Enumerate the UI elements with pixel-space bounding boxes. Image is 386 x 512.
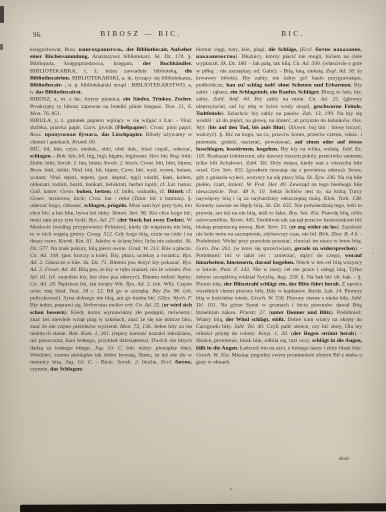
text-segment: - Bicie, — [96, 359, 117, 365]
text-segment: Ross. — [65, 47, 79, 53]
text-segment: Cn. Ad. 25. — [309, 96, 344, 102]
text-segment: czynnie, — [30, 366, 50, 372]
text-segment: Bił go w szczękę. — [107, 288, 153, 294]
scan-edge-artifact — [0, 6, 4, 23]
text-column-right: biernie cięgi, baty, kiie, plagi, die Sc… — [196, 46, 362, 460]
text-segment: Bibliothecair- — [30, 82, 65, 88]
text-segment: księgochowar, — [30, 47, 65, 53]
text-segment: Krumł. 60. — [72, 139, 96, 145]
text-segment: Cn. Ad. 28. — [30, 281, 58, 287]
dictionary-entry-block: księgochowar, Ross. книгохранитель, der … — [30, 46, 192, 96]
text-segment: cf. bidło, wahadło, cf. — [114, 189, 168, 195]
text-segment: Proskrypty ty bibosz zapewne na butelki … — [30, 103, 165, 109]
text-segment: Bardz. Luk. 14. — [308, 288, 344, 294]
text-segment: Gor. Sen. 455. — [211, 167, 247, 173]
text-segment: Biie a płacze. — [162, 245, 192, 251]
text-segment: Bos. Sat. 45a. — [289, 210, 322, 216]
text-segment: Bosn. — [30, 167, 44, 173]
text-segment: ein Säufer, Trinker, Zecher. — [123, 96, 192, 102]
text-segment: Kłok. Turk. 138. — [324, 196, 362, 202]
text-segment: die Schläge, — [268, 47, 300, 53]
text-segment: Zabł. Amf. 44. — [213, 96, 254, 102]
text-segment: Na znak pokuty, biią piersi swoie. — [50, 245, 128, 251]
text-segment: Łańcuch mu na szyi, z którego iasny i zł… — [240, 345, 362, 351]
text-segment: BIBOSZ, a, m. z łac. hoyny piianica, — [30, 96, 123, 102]
text-segment: Ross. — [30, 132, 45, 138]
text-segment: Bitemu psu dosyć kiy pokazać. — [110, 260, 183, 266]
text-segment: schlagen, prügeln. — [84, 203, 129, 209]
paper-speck — [230, 488, 232, 490]
text-segment: Slov. — [149, 153, 161, 159]
text-segment: der Stock hat zwey Enden — [119, 217, 182, 223]
text-segment: er zog wider sie los — [291, 224, 337, 230]
text-segment: Cn. Ad. 108. — [30, 252, 61, 258]
text-segment: Rys. Ad. 2. — [126, 281, 153, 287]
text-segment: Lat. — [167, 181, 178, 187]
text-segment: Fließpapier — [117, 125, 145, 131]
text-segment: Sorab. 2. — [103, 160, 125, 166]
text-segment: Anastazyusz bibliotekarz. — [92, 54, 154, 60]
text-segment: BIBLIOTEKARKA, i, ż. która zawiaduie bib… — [30, 68, 185, 74]
text-segment: Boh. — [57, 153, 69, 159]
text-segment: der Buchhändler. — [143, 61, 192, 67]
text-segment: пропускная бумага, — [45, 132, 102, 138]
text-segment: pitni papir; — [167, 125, 192, 131]
scanned-book-page: 96. BIBOSZ — BIC. BIC. księgochowar, Ros… — [0, 0, 386, 512]
text-segment: bitti, ubitti; — [44, 167, 71, 173]
text-segment: das Löschpapier. — [101, 132, 145, 138]
text-segment: Biy kiy na wilka, wołaią. — [281, 146, 342, 152]
text-segment: Dalm. — [30, 160, 45, 166]
text-segment: ). ( — [283, 125, 290, 131]
text-segment: Sk. Żyw. 236. — [307, 174, 338, 180]
text-segment: Zab. 13, 199. — [302, 110, 337, 116]
text-segment: книгохранитель, — [79, 47, 126, 53]
dictionary-entry-block: BIBUŁA, y, ż. gatunek papieru wpiiący w … — [30, 117, 192, 145]
text-segment: bat : młot ( — [105, 196, 134, 202]
text-segment: Boh. Kom. 1, 261. — [69, 331, 112, 337]
text-segment: bjti, bil, big, bigi; bigám, bigáwám; — [68, 153, 149, 159]
text-segment: pivnik ( — [99, 125, 117, 131]
text-segment: - Jak palą, tak biią. — [249, 61, 293, 67]
text-segment: bit; — [161, 153, 170, 159]
text-segment: BIBUŁA, y, ż. gatunek papieru wpiiący w … — [30, 118, 180, 124]
text-segment: biti, bit, bijem; — [85, 167, 121, 173]
text-segment: Jabł. Tel. 40. — [234, 323, 267, 329]
text-segment: der Wind schlägt, stößt. — [226, 316, 288, 322]
text-segment: Carn. — [121, 167, 136, 173]
text-segment: (por. kurczy a kole). Biy, płacz, ucieka… — [61, 252, 182, 258]
text-segment: gerade zu widersprechen — [294, 245, 355, 251]
text-segment: biti, bitti, bijem; — [156, 160, 192, 166]
text-segment: Będziesz bit, iak święty Wit. — [58, 281, 126, 287]
text-segment: batuo; — [178, 181, 192, 187]
text-segment: Gorn. Dw. 261. — [196, 245, 234, 251]
text-segment: der Regen strömt herab — [293, 331, 354, 337]
text-segment: Eccl. — [161, 359, 175, 365]
text-segment: Zegl. Ad. 16. — [326, 68, 357, 74]
catchword: słoń- — [339, 456, 350, 462]
text-segment: Croa. — [89, 196, 105, 202]
text-segment: W. Post. Her. 40. — [247, 181, 290, 187]
text-segment: (w brew się sprzeciwiam, — [234, 245, 295, 251]
paper-speck — [372, 252, 374, 254]
scan-edge-artifact — [0, 44, 3, 50]
text-segment: (cf. znaydzie kiy, kto chce psa uderzyć)… — [49, 274, 192, 280]
text-segment: Pioruny nieme z nieba biły. — [287, 295, 351, 301]
text-segment: biernie cięgi, baty, kiie, plagi, — [196, 47, 268, 53]
text-segment: cf. — [186, 189, 192, 195]
text-segment: Zabł. Tel. — [246, 160, 270, 166]
paper-speck — [96, 496, 98, 497]
text-segment: Prawdę biią, — [321, 210, 351, 216]
running-header-left: BIBOSZ — BIC. — [100, 30, 181, 38]
text-segment: hau zu! schlag todt! ohne Scheuen und Er… — [226, 82, 354, 88]
text-segment: ein Schlagetodt, ein Raufer, Schläger. — [230, 89, 321, 95]
text-segment: bische, — [142, 359, 161, 365]
text-segment: Komety zawsze na błędy biią. — [196, 203, 265, 209]
text-column-left-content: księgochowar, Ross. книгохранитель, der … — [30, 46, 192, 373]
text-segment: Simon. Siel. 96. — [112, 210, 149, 216]
text-segment: Sorab. 2. — [117, 359, 142, 365]
text-segment: Karp. 1, 20. — [259, 331, 292, 337]
text-segment: Grad. W. 213. — [128, 245, 161, 251]
text-segment: битие, — [175, 359, 192, 365]
text-segment: biu, bium; — [79, 160, 103, 166]
text-segment: Cn. Ad. 500. — [293, 61, 323, 67]
text-segment: Jakoby w ścianę bito; licha nie szkodzi. — [95, 238, 186, 244]
text-segment: BIĆ, bił, biie, czyn. niedok., zbić, ubi… — [30, 146, 192, 152]
text-segment: Przestr. 27. — [239, 309, 269, 315]
text-segment: bohen, betten; — [77, 189, 114, 195]
text-segment: Karnk. Kat. 61. — [59, 238, 95, 244]
text-segment: Carn. — [84, 125, 99, 131]
text-segment: Mon. 73, 136. — [120, 323, 154, 329]
text-segment: battre; — [44, 189, 60, 195]
text-segment: Vind. — [180, 118, 192, 124]
text-segment: Jag. Gr. C. — [65, 359, 96, 365]
text-segment: Tatar. — [134, 196, 150, 202]
text-segment: Glicz. Wych. F. — [158, 295, 192, 301]
text-segment: Sk. Dz. 71. — [83, 260, 110, 266]
text-segment: Past. F. 143. — [220, 267, 253, 273]
dictionary-entry-block: biernie cięgi, baty, kiie, plagi, die Sc… — [196, 46, 362, 366]
text-segment: shribka, piiavka papir, — [30, 125, 84, 131]
text-segment: Głaszcze a biie. — [45, 260, 83, 266]
text-segment: Bob. Tarn. 55. — [255, 224, 289, 230]
running-header-right: BIC. — [281, 30, 304, 38]
text-column-left: księgochowar, Ross. книгохранитель, der … — [30, 46, 192, 460]
text-segment: Jag. Gr. C. — [95, 345, 127, 351]
text-segment: Teat. 48 b, 10. — [228, 189, 269, 195]
text-segment: Aug. 258. — [277, 274, 301, 280]
page-number: 96. — [33, 31, 42, 39]
text-segment: Sk. Dz. 186. — [221, 61, 249, 67]
text-segment: Sk. Dz. 174. — [154, 54, 187, 60]
text-segment: bisch; — [125, 160, 140, 166]
text-segment: bitti; — [182, 153, 192, 159]
text-segment: Birk. Zbar. B. 4 b. — [319, 231, 360, 237]
text-segment: Sorab. 1. — [57, 160, 79, 166]
text-segment: Sk. Dz. 635. — [265, 203, 294, 209]
text-segment: Graec. — [30, 196, 48, 202]
text-segment: das Bibliothecairat. — [36, 89, 82, 95]
text-segment: bis auf den Tod, bis aufs Blut — [210, 125, 284, 131]
text-segment: Groch. W. 35a. — [196, 352, 232, 358]
text-segment: BIBLIOTEKARSKI, a, ie, tyczący się bibli… — [72, 75, 192, 81]
text-column-right-content: biernie cięgi, baty, kiie, plagi, die Sc… — [196, 46, 362, 366]
text-segment: Rag. — [170, 153, 182, 159]
text-segment: unter Donner und Blitz — [271, 309, 331, 315]
text-segment: Büttel; — [168, 189, 187, 195]
text-segment: der Blitzstrahl schlägt ein, der Blitz f… — [224, 281, 342, 287]
dictionary-entry-block: BIĆ, bił, biie, czyn. niedok., zbić, ubi… — [30, 145, 192, 372]
text-segment: Vind. — [72, 167, 85, 173]
text-segment: Teat. 18 c, 12. — [69, 288, 107, 294]
text-segment: πατάσσω; bicie; — [48, 196, 89, 202]
text-segment: Germ. — [60, 189, 76, 195]
text-segment: Rey Zw. 96. — [152, 288, 183, 294]
text-segment: Croat. — [150, 125, 166, 131]
text-segment: schlagen. - — [30, 153, 57, 159]
text-segment: Eccl. — [302, 47, 316, 53]
dictionary-entry-block: BIBOSZ, a, m. z łac. hoyny piianica, ein… — [30, 96, 192, 117]
text-segment: bitti; — [45, 160, 57, 166]
text-segment: Biy zabiy na mnie. — [254, 96, 308, 102]
text-segment: Gwag. 512. — [87, 231, 115, 237]
text-segment: Sloven. — [291, 125, 309, 131]
text-segment: Biy iedno, poprawi się, — [30, 302, 83, 308]
text-segment: Croat. — [140, 160, 156, 166]
text-segment: Groch. W. 556. — [251, 295, 287, 301]
scan-shadow-band — [20, 503, 386, 512]
text-segment: Vind. — [50, 174, 64, 180]
text-segment: Rys. Ad. 27. — [89, 217, 118, 223]
text-segment: Verberatus melior erit. Cn. Ad. 25. — [83, 302, 162, 308]
text-segment: das Schlagen; — [50, 366, 83, 372]
text-segment: ). Szlachcic biy zabiy na panów. — [222, 110, 303, 116]
text-segment: Biią psa, że kiy w ręku znalazł, nie że … — [79, 267, 183, 273]
text-segment: Gall. — [30, 189, 44, 195]
